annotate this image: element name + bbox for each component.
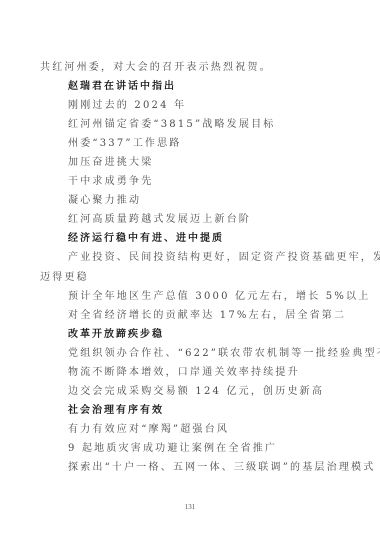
section-heading: 社会治理有序有效 <box>40 401 332 420</box>
text-line: 探索出“十户一格、五网一体、三级联调”的基层治理模式 <box>40 458 332 477</box>
text-line: 预计全年地区生产总值 3000 亿元左右，增长 5%以上 <box>40 287 332 306</box>
section-heading: 改革开放蹄疾步稳 <box>40 325 332 344</box>
page-number: 131 <box>0 503 380 511</box>
text-line: 加压奋进挑大梁 <box>40 153 332 172</box>
text-line: 州委“337”工作思路 <box>40 134 332 153</box>
text-line: 党组织领办合作社、“622”联农带农机制等一批经验典型不断涌现 <box>40 344 332 363</box>
text-line: 有力有效应对“摩羯”超强台风 <box>40 420 332 439</box>
section-heading: 经济运行稳中有进、进中提质 <box>40 229 332 248</box>
document-body: 共红河州委，对大会的召开表示热烈祝贺。 赵瑞君在讲话中指出 刚刚过去的 2024… <box>40 58 332 477</box>
section-heading: 赵瑞君在讲话中指出 <box>40 77 332 96</box>
text-line: 9 起地质灾害成功避让案例在全省推广 <box>40 439 332 458</box>
text-line: 红河高质量跨越式发展迈上新台阶 <box>40 210 332 229</box>
paragraph-continuation: 共红河州委，对大会的召开表示热烈祝贺。 <box>40 58 332 77</box>
text-line: 对全省经济增长的贡献率达 17%左右，居全省第二 <box>40 306 332 325</box>
text-line: 刚刚过去的 2024 年 <box>40 96 332 115</box>
text-line: 干中求成勇争先 <box>40 172 332 191</box>
text-line: 物流不断降本增效，口岸通关效率持续提升 <box>40 363 332 382</box>
text-line: 红河州锚定省委“3815”战略发展目标 <box>40 115 332 134</box>
text-line: 产业投资、民间投资结构更好，固定资产投资基础更牢，发展步子 <box>40 248 332 267</box>
paragraph-continuation: 迈得更稳 <box>40 268 332 287</box>
text-line: 凝心聚力推动 <box>40 191 332 210</box>
text-line: 边交会完成采购交易额 124 亿元，创历史新高 <box>40 382 332 401</box>
